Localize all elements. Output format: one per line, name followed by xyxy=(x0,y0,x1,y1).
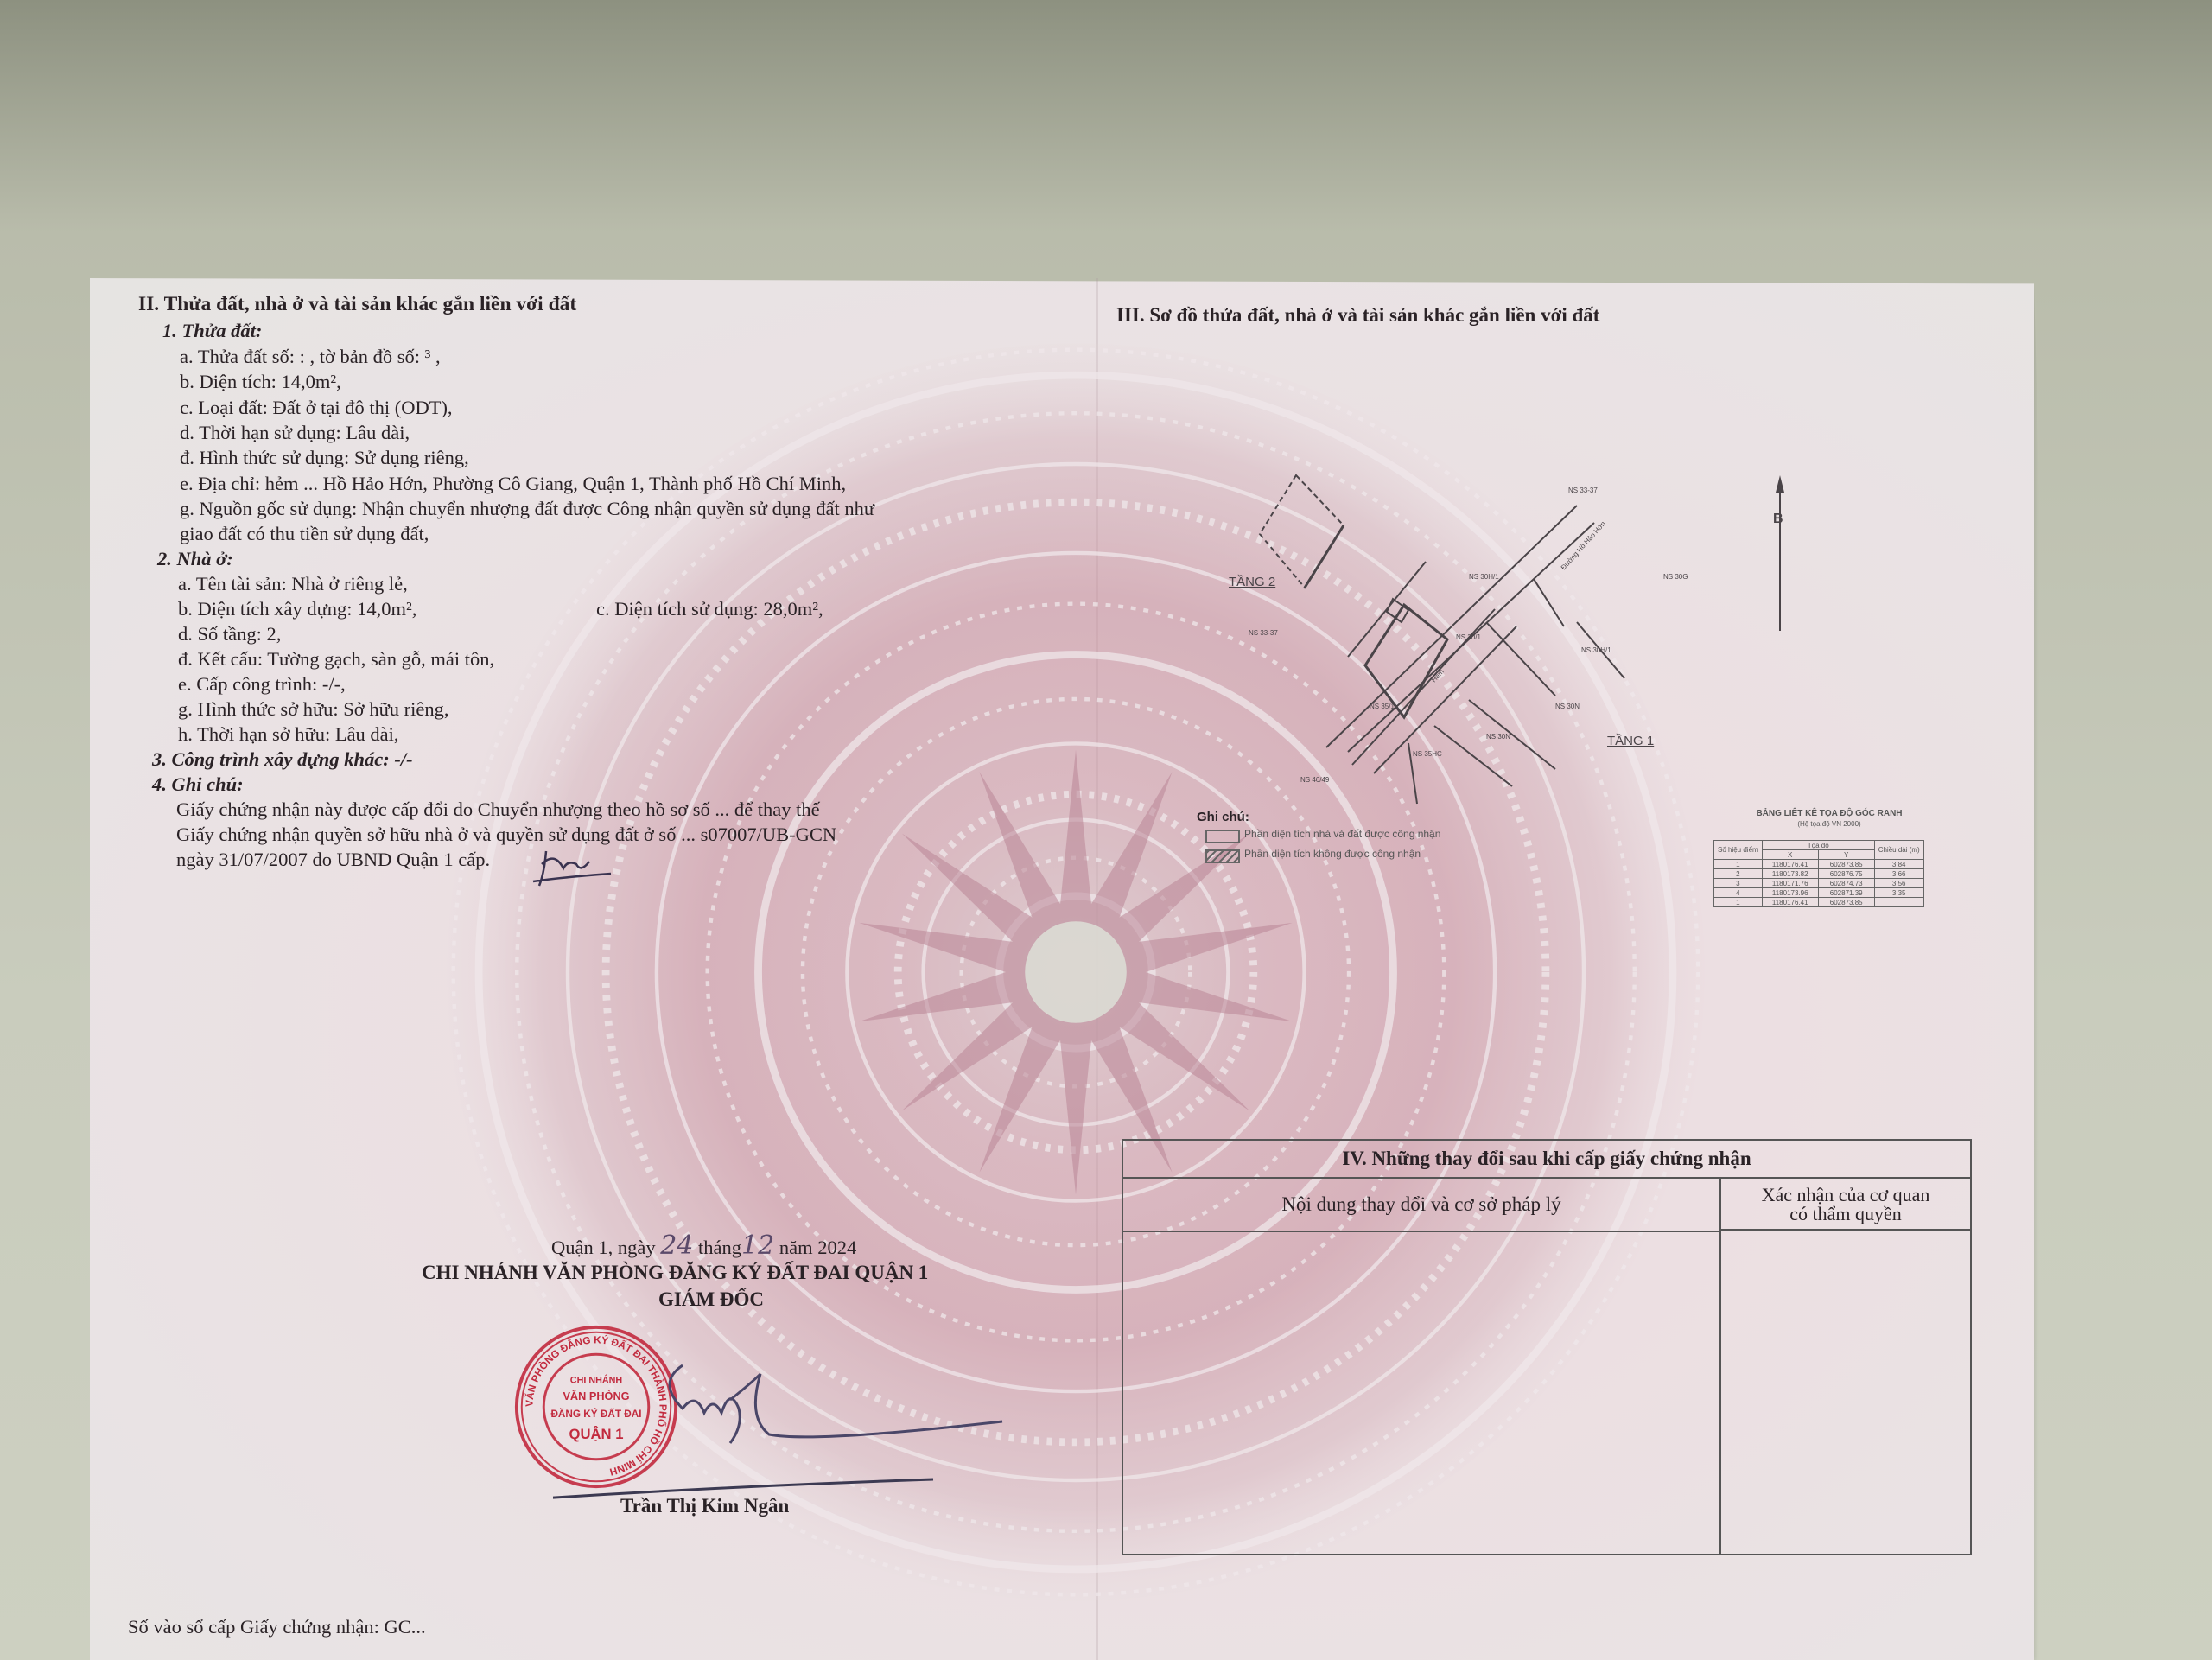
coordinates-table: Số hiệu điểm Tọa độ Chiều dài (m) X Y 11… xyxy=(1713,840,1924,907)
svg-text:NS 33-37: NS 33-37 xyxy=(1249,629,1278,637)
house-detail-line: b. Diện tích xây dựng: 14,0m², xyxy=(178,596,416,621)
legend-heading: Ghi chú: xyxy=(1197,809,1249,826)
date-month-label: tháng xyxy=(698,1237,741,1258)
svg-text:NS 30N: NS 30N xyxy=(1555,703,1580,710)
coordinates-title: BẢNG LIỆT KÊ TỌA ĐỘ GÓC RANH xyxy=(1730,809,1929,819)
page-fold xyxy=(1096,278,1098,1660)
svg-text:Hẻm: Hẻm xyxy=(1430,668,1446,684)
confirm-line-1: Xác nhận của cơ quan xyxy=(1721,1186,1970,1205)
date-prefix: Quận 1, ngày xyxy=(551,1237,656,1258)
notes-line-3: ngày 31/07/2007 do UBND Quận 1 cấp. xyxy=(176,847,490,872)
col-y: Y xyxy=(1818,850,1874,860)
col-point: Số hiệu điểm xyxy=(1714,841,1763,860)
notes-heading: 4. Ghi chú: xyxy=(152,772,244,797)
svg-text:TẦNG 1: TẦNG 1 xyxy=(1607,734,1654,748)
legend-unrecognized: Phần diện tích không được công nhận xyxy=(1244,846,1421,862)
svg-text:NS 33-37: NS 33-37 xyxy=(1568,487,1598,494)
section-ii-title: II. Thửa đất, nhà ở và tài sản khác gắn … xyxy=(138,292,576,317)
svg-text:NS 30/1: NS 30/1 xyxy=(1456,633,1481,641)
register-number: Số vào sổ cấp Giấy chứng nhận: GC... xyxy=(128,1614,426,1639)
coordinates-table-title: BẢNG LIỆT KÊ TỌA ĐỘ GÓC RANH (Hệ tọa độ … xyxy=(1730,809,1929,830)
svg-text:B: B xyxy=(1773,512,1783,526)
house-detail-line: g. Hình thức sở hữu: Sở hữu riêng, xyxy=(178,696,449,722)
land-detail-line: đ. Hình thức sử dụng: Sử dụng riêng, xyxy=(180,445,469,470)
date-month: 12 xyxy=(741,1231,774,1261)
initials-mark xyxy=(529,843,615,890)
land-detail-line: c. Loại đất: Đất ở tại đô thị (ODT), xyxy=(180,395,453,420)
svg-text:NS 35/1: NS 35/1 xyxy=(1370,703,1395,710)
svg-text:NS 30G: NS 30G xyxy=(1663,573,1688,581)
col-x: X xyxy=(1762,850,1818,860)
house-detail-line: đ. Kết cấu: Tường gạch, sàn gỗ, mái tôn, xyxy=(178,646,494,671)
date-year: năm 2024 xyxy=(779,1237,856,1258)
signer-title: GIÁM ĐỐC xyxy=(658,1287,764,1312)
house-usage-area: c. Diện tích sử dụng: 28,0m², xyxy=(596,596,823,621)
date-day: 24 xyxy=(660,1231,693,1261)
house-detail-line: d. Số tầng: 2, xyxy=(178,621,281,646)
house-detail-line: e. Cấp công trình: -/-, xyxy=(178,671,346,696)
house-heading: 2. Nhà ở: xyxy=(157,546,233,571)
changes-divider xyxy=(1719,1179,1721,1554)
coordinate-row: 11180176.41602873.85 xyxy=(1714,898,1924,907)
coordinate-row: 21180173.82602876.753.66 xyxy=(1714,869,1924,879)
land-detail-line: g. Nguồn gốc sử dụng: Nhận chuyển nhượng… xyxy=(180,496,874,521)
parcel-diagram: B TẦNG 2 TẦNG 1 Đường Hồ Hảo Hớn Hẻm NS … xyxy=(1210,458,1832,821)
svg-text:NS 30H/1: NS 30H/1 xyxy=(1581,646,1611,654)
coordinates-subtitle: (Hệ tọa độ VN 2000) xyxy=(1730,819,1929,830)
land-detail-line: a. Thửa đất số: : , tờ bản đồ số: ³ , xyxy=(180,344,441,369)
legend-unrecognized-swatch xyxy=(1205,849,1240,863)
coordinate-row: 31180171.76602874.733.56 xyxy=(1714,879,1924,888)
legend-recognized: Phần diện tích nhà và đất được công nhận xyxy=(1244,826,1440,842)
legend-recognized-swatch xyxy=(1205,830,1240,843)
confirm-line-2: có thẩm quyền xyxy=(1721,1205,1970,1224)
section-iii-title: III. Sơ đồ thửa đất, nhà ở và tài sản kh… xyxy=(1116,302,1599,328)
notes-line-1: Giấy chứng nhận này được cấp đổi do Chuy… xyxy=(176,797,820,822)
land-detail-line: giao đất có thu tiền sử dụng đất, xyxy=(180,521,429,546)
svg-text:NS 30N: NS 30N xyxy=(1486,733,1510,741)
land-detail-line: d. Thời hạn sử dụng: Lâu dài, xyxy=(180,420,410,445)
svg-text:NS 46/49: NS 46/49 xyxy=(1300,776,1330,784)
svg-text:Đường Hồ Hảo Hớn: Đường Hồ Hảo Hớn xyxy=(1560,520,1607,572)
land-detail-line: e. Địa chỉ: hẻm ... Hồ Hảo Hớn, Phường C… xyxy=(180,471,846,496)
col-coords: Tọa độ xyxy=(1762,841,1874,850)
coordinate-row: 11180176.41602873.853.84 xyxy=(1714,860,1924,869)
notes-line-2: Giấy chứng nhận quyền sở hữu nhà ở và qu… xyxy=(176,822,836,847)
coordinate-row: 41180173.96602871.393.35 xyxy=(1714,888,1924,898)
changes-table: IV. Những thay đổi sau khi cấp giấy chứn… xyxy=(1122,1139,1972,1555)
issuing-agency: CHI NHÁNH VĂN PHÒNG ĐĂNG KÝ ĐẤT ĐAI QUẬN… xyxy=(422,1260,928,1285)
svg-text:TẦNG 2: TẦNG 2 xyxy=(1229,575,1275,589)
house-detail-line: a. Tên tài sản: Nhà ở riêng lẻ, xyxy=(178,571,408,596)
changes-col-confirm: Xác nhận của cơ quan có thẩm quyền xyxy=(1721,1179,1970,1231)
changes-title: IV. Những thay đổi sau khi cấp giấy chứn… xyxy=(1123,1141,1970,1179)
land-detail-line: b. Diện tích: 14,0m², xyxy=(180,369,341,394)
signer-name: Trần Thị Kim Ngân xyxy=(620,1493,789,1518)
house-detail-line: h. Thời hạn sở hữu: Lâu dài, xyxy=(178,722,399,747)
svg-text:NS 35HC: NS 35HC xyxy=(1413,750,1442,758)
other-works: 3. Công trình xây dựng khác: -/- xyxy=(152,747,413,772)
col-length: Chiều dài (m) xyxy=(1874,841,1923,860)
land-heading: 1. Thửa đất: xyxy=(162,318,262,343)
signing-date: Quận 1, ngày 24 tháng12 năm 2024 xyxy=(551,1233,856,1260)
changes-col-content: Nội dung thay đổi và cơ sở pháp lý xyxy=(1123,1179,1719,1232)
svg-text:NS 30H/1: NS 30H/1 xyxy=(1469,573,1499,581)
